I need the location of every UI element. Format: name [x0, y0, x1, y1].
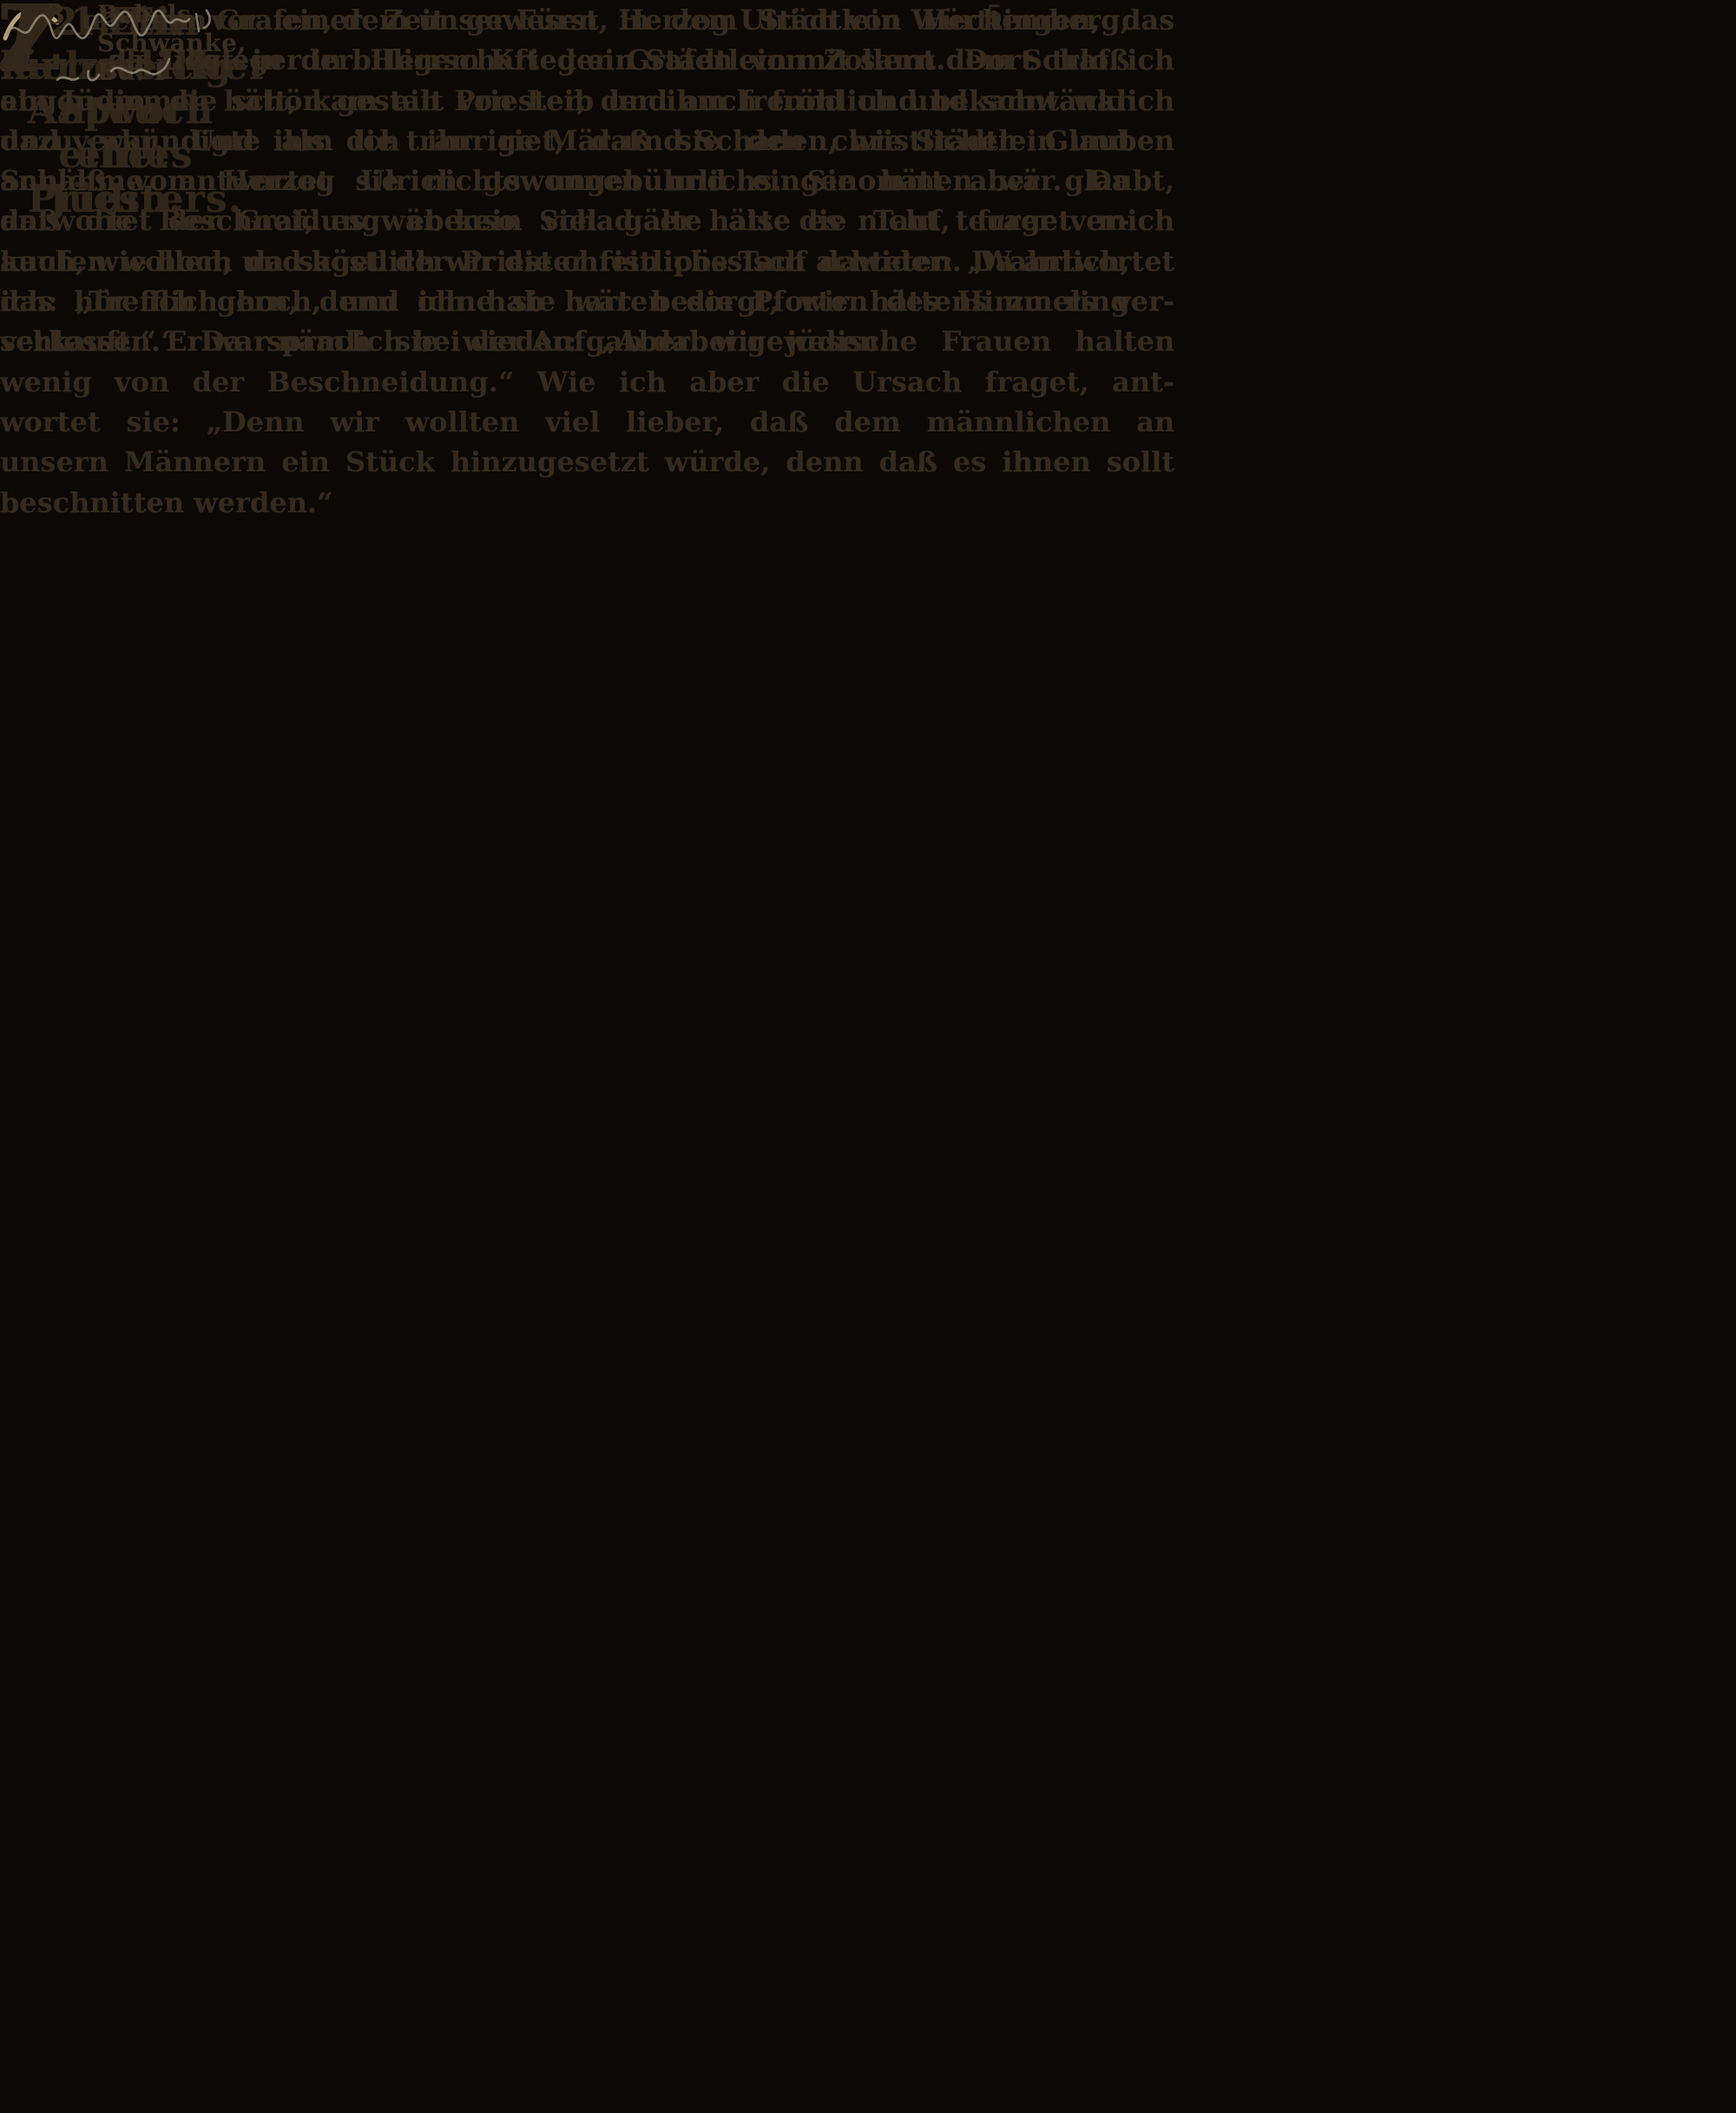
text-line: beschnitten werden.“ [0, 483, 1174, 523]
text-line: unsern Männern ein Stück hinzugesetzt wü… [0, 442, 1174, 482]
text-line: auch, wie hoch und köstlich wir die chri… [0, 241, 1174, 281]
text-line: schlossen.“ Da sprach sie wieder: „Aber … [0, 321, 1174, 361]
text-line: wenig von der Beschneidung.“ Wie ich abe… [0, 362, 1174, 402]
pencil-marginalia [0, 0, 260, 130]
book-photo: 1. Ein lächerlicher Spruch eines Prieste… [0, 0, 1736, 2113]
page-number: 5 [986, 0, 1003, 31]
text-line: annähme, antwortet sie nichts ungebührli… [0, 161, 1174, 201]
text-line: ich: „Trefflich hoch, und ohne sie wären… [0, 281, 1174, 321]
text-line: wortet sie: „Denn wir wollten viel liebe… [0, 402, 1174, 442]
text-line: daß die Beschneidung ebenso viel gälte a… [0, 201, 1174, 240]
